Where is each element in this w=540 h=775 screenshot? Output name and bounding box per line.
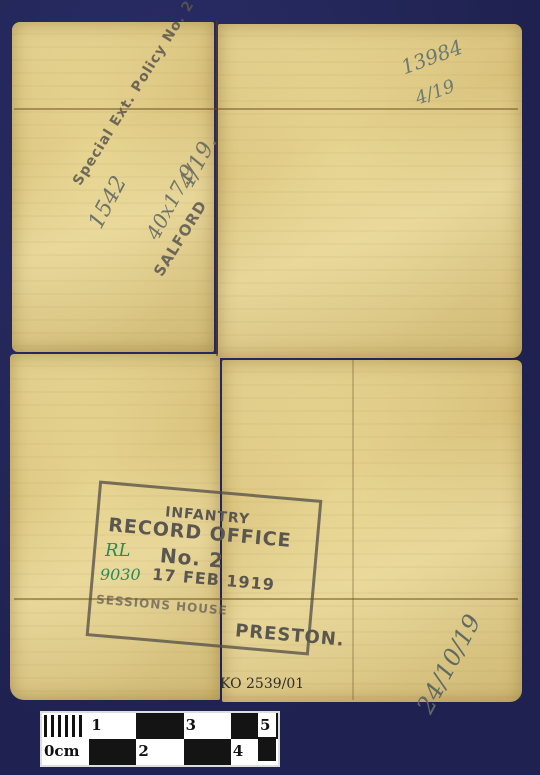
scale-label: 4 <box>233 742 243 760</box>
scale-label: 2 <box>138 742 148 760</box>
fold-line <box>352 360 354 700</box>
scale-label: 5 <box>258 713 276 737</box>
scale-cell <box>184 739 231 765</box>
scale-ticks <box>44 715 82 737</box>
scale-cell <box>258 737 276 761</box>
scale-label: 3 <box>186 716 196 734</box>
panel-top-right <box>218 24 522 358</box>
scale-cell <box>136 713 183 739</box>
scale-cell <box>89 739 136 765</box>
scale-label: 1 <box>91 716 101 734</box>
scale-cell: 2 <box>136 739 183 765</box>
centimetre-scale-bar: 1 3 0cm 2 4 <box>40 711 280 767</box>
scale-cell: 3 <box>184 713 231 739</box>
fold-line <box>216 20 218 356</box>
green-annotation: 9030 <box>100 565 141 584</box>
fold-line <box>14 108 518 110</box>
scale-cell: 0cm <box>42 739 89 765</box>
reference-number: KO 2539/01 <box>220 676 304 692</box>
green-annotation: RL <box>105 540 131 561</box>
scale-cell <box>42 713 89 739</box>
scale-unit-label: 0cm <box>44 742 79 760</box>
scale-cell: 1 <box>89 713 136 739</box>
